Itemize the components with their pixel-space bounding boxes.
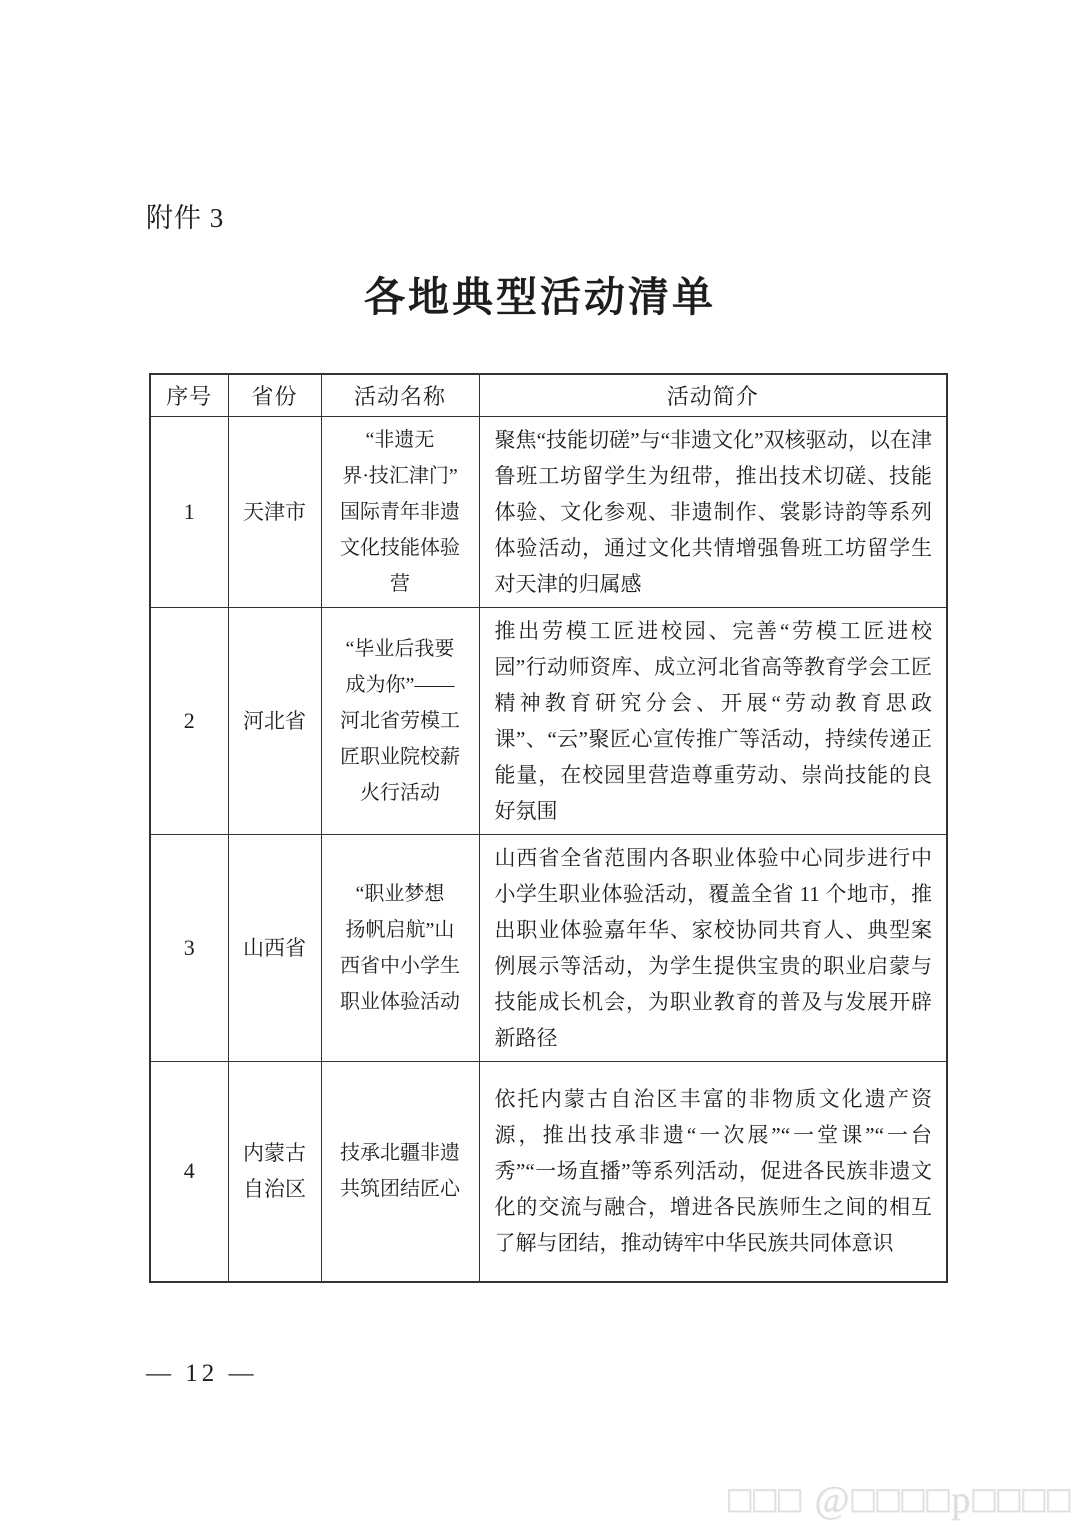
- document-page: 附件 3 各地典型活动清单 序号 省份 活动名称 活动简介 1 天津市 “非遗无…: [0, 0, 1080, 1527]
- cell-intro: 推出劳模工匠进校园、完善“劳模工匠进校园”行动师资库、成立河北省高等教育学会工匠…: [479, 608, 947, 835]
- cell-name: “毕业后我要 成为你”—— 河北省劳模工 匠职业院校薪 火行活动: [321, 608, 479, 835]
- watermark-text: □□□ @□□□□p□□□□: [728, 1478, 1072, 1522]
- table-row: 2 河北省 “毕业后我要 成为你”—— 河北省劳模工 匠职业院校薪 火行活动 推…: [150, 608, 947, 835]
- cell-no: 4: [150, 1062, 228, 1282]
- table-row: 4 内蒙古 自治区 技承北疆非遗 共筑团结匠心 依托内蒙古自治区丰富的非物质文化…: [150, 1062, 947, 1282]
- cell-intro: 山西省全省范围内各职业体验中心同步进行中小学生职业体验活动，覆盖全省 11 个地…: [479, 835, 947, 1062]
- cell-no: 1: [150, 417, 228, 608]
- header-cell-province: 省份: [228, 374, 321, 417]
- cell-name: “非遗无 界·技汇津门” 国际青年非遗 文化技能体验 营: [321, 417, 479, 608]
- cell-no: 2: [150, 608, 228, 835]
- cell-province: 河北省: [228, 608, 321, 835]
- cell-name: 技承北疆非遗 共筑团结匠心: [321, 1062, 479, 1282]
- table-header-row: 序号 省份 活动名称 活动简介: [150, 374, 947, 417]
- cell-intro: 聚焦“技能切磋”与“非遗文化”双核驱动，以在津鲁班工坊留学生为纽带，推出技术切磋…: [479, 417, 947, 608]
- header-cell-intro: 活动简介: [479, 374, 947, 417]
- cell-province: 内蒙古 自治区: [228, 1062, 321, 1282]
- cell-province: 山西省: [228, 835, 321, 1062]
- header-cell-name: 活动名称: [321, 374, 479, 417]
- activities-table: 序号 省份 活动名称 活动简介 1 天津市 “非遗无 界·技汇津门” 国际青年非…: [149, 373, 948, 1283]
- cell-intro: 依托内蒙古自治区丰富的非物质文化遗产资源，推出技承非遗“一次展”“一堂课”“一台…: [479, 1062, 947, 1282]
- table-row: 3 山西省 “职业梦想 扬帆启航”山 西省中小学生 职业体验活动 山西省全省范围…: [150, 835, 947, 1062]
- cell-name: “职业梦想 扬帆启航”山 西省中小学生 职业体验活动: [321, 835, 479, 1062]
- header-cell-no: 序号: [150, 374, 228, 417]
- page-number: — 12 —: [146, 1360, 258, 1388]
- table-row: 1 天津市 “非遗无 界·技汇津门” 国际青年非遗 文化技能体验 营 聚焦“技能…: [150, 417, 947, 608]
- page-title: 各地典型活动清单: [0, 264, 1080, 323]
- cell-province: 天津市: [228, 417, 321, 608]
- attachment-label: 附件 3: [146, 196, 224, 235]
- cell-no: 3: [150, 835, 228, 1062]
